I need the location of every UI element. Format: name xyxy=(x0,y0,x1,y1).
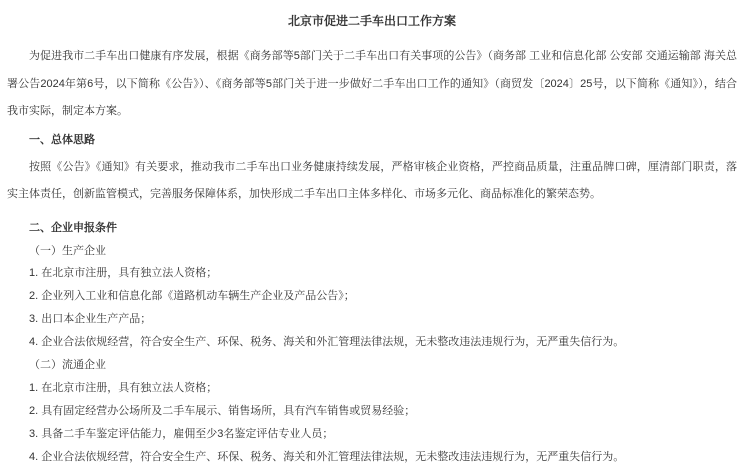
subsection-label-production-enterprise: （一）生产企业 xyxy=(7,240,737,262)
section-heading-application-conditions: 二、企业申报条件 xyxy=(7,215,737,242)
document-title: 北京市促进二手车出口工作方案 xyxy=(7,0,737,28)
subsection-label-circulation-enterprise: （二）流通企业 xyxy=(7,354,737,377)
overall-approach-paragraph: 按照《公告》《通知》有关要求，推动我市二手车出口业务健康持续发展，严格审核企业资… xyxy=(7,154,737,209)
circulation-condition-item-4: 4. 企业合法依规经营，符合安全生产、环保、税务、海关和外汇管理法律法规，无未整… xyxy=(7,446,737,469)
production-condition-item-1: 1. 在北京市注册，具有独立法人资格； xyxy=(7,262,737,285)
circulation-condition-item-2: 2. 具有固定经营办公场所及二手车展示、销售场所，具有汽车销售或贸易经验； xyxy=(7,400,737,423)
production-condition-item-2: 2. 企业列入工业和信息化部《道路机动车辆生产企业及产品公告》； xyxy=(7,285,737,308)
production-condition-item-3: 3. 出口本企业生产产品； xyxy=(7,308,737,331)
circulation-condition-item-3: 3. 具备二手车鉴定评估能力，雇佣至少3名鉴定评估专业人员； xyxy=(7,423,737,446)
circulation-condition-item-1: 1. 在北京市注册，具有独立法人资格； xyxy=(7,377,737,400)
document-page: 北京市促进二手车出口工作方案 为促进我市二手车出口健康有序发展，根据《商务部等5… xyxy=(0,0,744,474)
production-condition-item-4: 4. 企业合法依规经营，符合安全生产、环保、税务、海关和外汇管理法律法规，无未整… xyxy=(7,331,737,354)
section-heading-overall-approach: 一、总体思路 xyxy=(7,127,737,154)
intro-paragraph: 为促进我市二手车出口健康有序发展，根据《商务部等5部门关于二手车出口有关事项的公… xyxy=(7,43,737,126)
